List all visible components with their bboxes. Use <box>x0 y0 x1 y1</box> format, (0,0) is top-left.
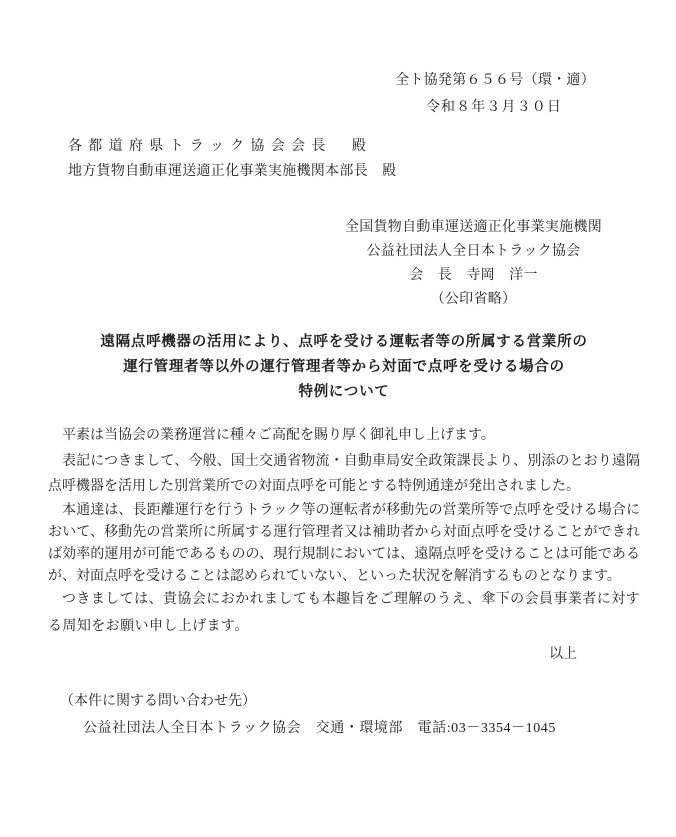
document-body: 平素は当協会の業務運営に種々ご高配を賜り厚く御礼申し上げます。 表記につきまして… <box>48 423 640 640</box>
body-paragraph-2: 表記につきまして、今般、国土交通省物流・自動車局安全政策課長より、別添のとおり遠… <box>48 448 640 498</box>
document-page: 全ト協発第６５６号（環・適） 令和８年３月３０日 各都道府県トラック協会会長 殿… <box>0 0 676 837</box>
body-paragraph-4: つきましては、貴協会におかれましても本趣旨をご理解のうえ、傘下の会員事業者に対す… <box>48 586 640 640</box>
addressee-block: 各都道府県トラック協会会長 殿 地方貨物自動車運送適正化事業実施機関本部長 殿 <box>68 134 640 184</box>
sender-org-line1: 全国貨物自動車運送適正化事業実施機関 <box>345 216 602 240</box>
document-header: 全ト協発第６５６号（環・適） 令和８年３月３０日 <box>48 72 640 117</box>
addressee-regional-agency: 地方貨物自動車運送適正化事業実施機関本部長 殿 <box>68 159 640 184</box>
sender-org-line2: 公益社団法人全日本トラック協会 <box>345 240 602 264</box>
sender-president: 会 長 寺岡 洋一 <box>345 264 602 288</box>
contact-block: （本件に関する問い合わせ先） 公益社団法人全日本トラック協会 交通・環境部 電話… <box>48 688 640 742</box>
title-line-2: 運行管理者等以外の運行管理者等から対面で点呼を受ける場合の <box>48 355 640 380</box>
contact-heading: （本件に関する問い合わせ先） <box>60 688 640 715</box>
issue-date: 令和８年３月３０日 <box>48 99 595 117</box>
addressee-prefectural-association: 各都道府県トラック協会会長 殿 <box>68 134 640 159</box>
seal-omission-note: （公印省略） <box>345 288 602 312</box>
body-paragraph-1: 平素は当協会の業務運営に種々ご高配を賜り厚く御礼申し上げます。 <box>48 423 640 448</box>
contact-detail: 公益社団法人全日本トラック協会 交通・環境部 電話:03－3354－1045 <box>83 715 640 742</box>
title-line-3: 特例について <box>48 380 640 405</box>
closing-text: 以上 <box>48 646 640 664</box>
sender-block: 全国貨物自動車運送適正化事業実施機関 公益社団法人全日本トラック協会 会 長 寺… <box>345 216 602 312</box>
document-title: 遠隔点呼機器の活用により、点呼を受ける運転者等の所属する営業所の 運行管理者等以… <box>48 330 640 405</box>
ref-number: 全ト協発第６５６号（環・適） <box>48 72 595 90</box>
body-paragraph-3: 本通達は、長距離運行を行うトラック等の運転者が移動先の営業所等で点呼を受ける場合… <box>48 498 640 586</box>
title-line-1: 遠隔点呼機器の活用により、点呼を受ける運転者等の所属する営業所の <box>48 330 640 355</box>
